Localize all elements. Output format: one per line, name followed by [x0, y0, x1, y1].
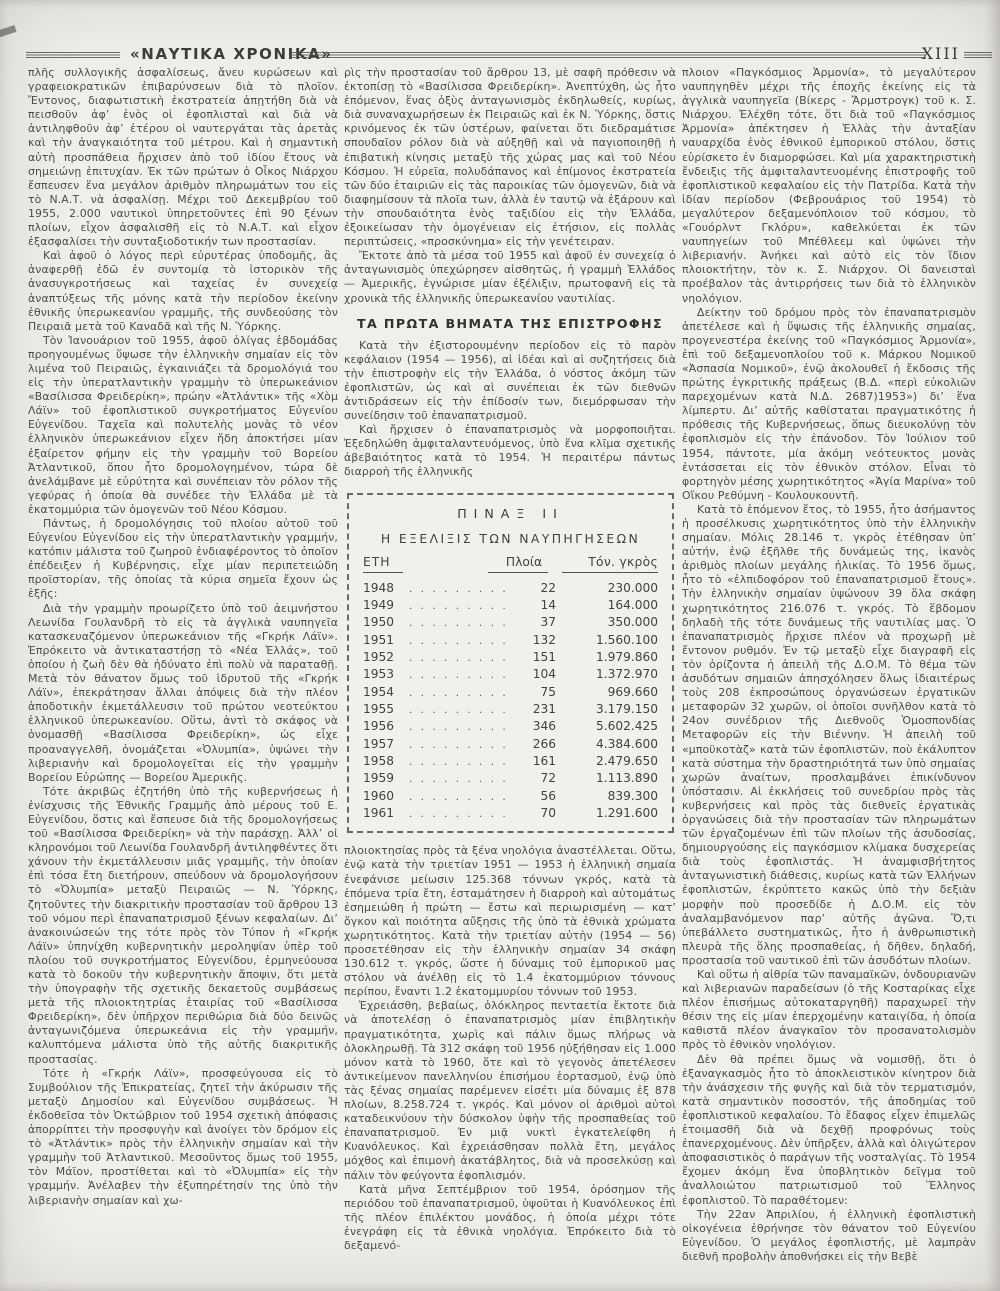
paragraph: πλῆς συλλογικῆς ἀσφαλίσεως, ἄνευ κυρώσεω…: [28, 66, 338, 249]
table-row: 1952 . . . . . . . . . 151 1.979.860: [363, 649, 658, 666]
cell-tons: 4.384.600: [556, 736, 658, 752]
column-header-tons: Τόν. γκρὸς: [556, 555, 658, 569]
page-header: «ΝΑΥΤΙΚΑ ΧΡΟΝΙΚΑ» XIII: [0, 44, 1000, 68]
cell-year: 1961: [363, 805, 405, 821]
paragraph: Πάντως, ἡ δρομολόγησις τοῦ πλοίου αὐτοῦ …: [28, 517, 338, 602]
table-rows: 1948 . . . . . . . . . 22 230.000 1949 .…: [363, 580, 658, 823]
cell-tons: 1.113.890: [556, 770, 658, 786]
cell-tons: 839.300: [556, 788, 658, 804]
column-middle: ρὶς τὴν προστασίαν τοῦ ἄρθρου 13, μὲ σαφ…: [344, 66, 676, 1280]
cell-tons: 350.000: [556, 614, 658, 630]
cell-year: 1958: [363, 753, 405, 769]
dot-leader: . . . . . . . . .: [405, 667, 510, 683]
cell-ships: 231: [510, 701, 556, 717]
dot-leader: . . . . . . . . .: [405, 806, 510, 822]
paragraph: Δείκτην τοῦ δρόμου πρὸς τὸν ἐπαναπατρισμ…: [682, 306, 976, 503]
paragraph: Καὶ ἤρχισεν ὁ ἐπαναπατρισμὸς νὰ μορφοποι…: [344, 423, 676, 479]
dot-leader: . . . . . . . . .: [405, 615, 510, 631]
paragraph: Κατὰ μῆνα Σεπτέμβριον τοῦ 1954, ὁρόσημον…: [344, 1183, 676, 1253]
dot-leader: . . . . . . . . .: [405, 598, 510, 614]
cell-ships: 161: [510, 753, 556, 769]
table-row: 1954 . . . . . . . . . 75 969.660: [363, 684, 658, 701]
cell-ships: 346: [510, 718, 556, 734]
cell-ships: 22: [510, 580, 556, 596]
magazine-page: «ΝΑΥΤΙΚΑ ΧΡΟΝΙΚΑ» XIII πλῆς συλλογικῆς ἀ…: [0, 0, 1000, 1291]
paragraph: πλοιον «Παγκόσμιος Ἁρμονία», τὸ μεγαλύτε…: [682, 66, 976, 306]
cell-year: 1950: [363, 614, 405, 630]
dot-leader: . . . . . . . . .: [405, 702, 510, 718]
cell-year: 1954: [363, 684, 405, 700]
table-row: 1948 . . . . . . . . . 22 230.000: [363, 580, 658, 597]
cell-year: 1957: [363, 736, 405, 752]
cell-tons: 5.602.425: [556, 718, 658, 734]
cell-tons: 3.179.150: [556, 701, 658, 717]
table-row: 1956 . . . . . . . . . 346 5.602.425: [363, 718, 658, 735]
paragraph: Τὴν 22αν Ἀπριλίου, ἡ ἑλληνικὴ ἐφοπλιστικ…: [682, 1208, 976, 1264]
cell-tons: 164.000: [556, 597, 658, 613]
paragraph: Διὰ τὴν γραμμὴν προωρίζετο ὑπὸ τοῦ ἀειμν…: [28, 602, 338, 785]
cell-ships: 70: [510, 805, 556, 821]
table-header-row: ΕΤΗ Πλοία Τόν. γκρὸς: [363, 555, 658, 569]
table-row: 1951 . . . . . . . . . 132 1.560.100: [363, 632, 658, 649]
cell-tons: 1.372.970: [556, 666, 658, 682]
shipbuilding-table: ΠΙΝΑΞ ΙΙ Η ΕΞΕΛΙΞΙΣ ΤΩΝ ΝΑΥΠΗΓΗΣΕΩΝ ΕΤΗ …: [347, 493, 674, 834]
paragraph: Καὶ οὕτω ἡ αἰθρία τῶν παναμαϊκῶν, ὀνδουρ…: [682, 968, 976, 1053]
cell-year: 1952: [363, 649, 405, 665]
cell-year: 1953: [363, 666, 405, 682]
paragraph: Τότε ἀκριβῶς ἐζητήθη ὑπὸ τῆς κυβερνήσεως…: [28, 785, 338, 1067]
table-header-underlines: [363, 572, 658, 573]
paragraph: πλοιοκτησίας πρὸς τὰ ξένα νηολόγια ἀναστ…: [344, 844, 676, 999]
cell-tons: 1.560.100: [556, 632, 658, 648]
cell-ships: 56: [510, 788, 556, 804]
header-rule-middle: [290, 52, 926, 58]
paragraph: Ἐχρειάσθη, βεβαίως, ὁλόκληρος πενταετία …: [344, 999, 676, 1182]
table-row: 1953 . . . . . . . . . 104 1.372.970: [363, 666, 658, 683]
cell-tons: 1.979.860: [556, 649, 658, 665]
cell-tons: 969.660: [556, 684, 658, 700]
table-row: 1955 . . . . . . . . . 231 3.179.150: [363, 701, 658, 718]
cell-year: 1949: [363, 597, 405, 613]
cell-tons: 2.479.650: [556, 753, 658, 769]
paragraph: Κατὰ τὸ ἑπόμενον ἔτος, τὸ 1955, ἦτο ἀσήμ…: [682, 503, 976, 968]
table-row: 1961 . . . . . . . . . 70 1.291.600: [363, 805, 658, 822]
dot-leader: . . . . . . . . .: [405, 771, 510, 787]
dot-leader: . . . . . . . . .: [405, 633, 510, 649]
cell-year: 1955: [363, 701, 405, 717]
column-left: πλῆς συλλογικῆς ἀσφαλίσεως, ἄνευ κυρώσεω…: [28, 66, 338, 1280]
cell-ships: 151: [510, 649, 556, 665]
dot-leader: . . . . . . . . .: [405, 789, 510, 805]
page-number: XIII: [922, 44, 960, 63]
paragraph: ρὶς τὴν προστασίαν τοῦ ἄρθρου 13, μὲ σαφ…: [344, 66, 676, 249]
middle-top-paragraphs: ρὶς τὴν προστασίαν τοῦ ἄρθρου 13, μὲ σαφ…: [344, 66, 676, 306]
table-row: 1950 . . . . . . . . . 37 350.000: [363, 614, 658, 631]
paragraph: Ἔκτοτε ἀπὸ τὰ μέσα τοῦ 1955 καὶ ἀφοῦ ἐν …: [344, 249, 676, 305]
section-heading: ΤΑ ΠΡΩΤΑ ΒΗΜΑΤΑ ΤΗΣ ΕΠΙΣΤΡΟΦΗΣ: [344, 316, 676, 331]
cell-tons: 1.291.600: [556, 805, 658, 821]
table-subtitle: Η ΕΞΕΛΙΞΙΣ ΤΩΝ ΝΑΥΠΗΓΗΣΕΩΝ: [363, 531, 658, 546]
table-row: 1949 . . . . . . . . . 14 164.000: [363, 597, 658, 614]
cell-ships: 37: [510, 614, 556, 630]
cell-ships: 72: [510, 770, 556, 786]
table-row: 1957 . . . . . . . . . 266 4.384.600: [363, 736, 658, 753]
middle-bottom-paragraphs: πλοιοκτησίας πρὸς τὰ ξένα νηολόγια ἀναστ…: [344, 844, 676, 1253]
cell-ships: 104: [510, 666, 556, 682]
cell-tons: 230.000: [556, 580, 658, 596]
cell-ships: 75: [510, 684, 556, 700]
paragraph: Κατὰ τὴν ἐξιστορουμένην περίοδον εἰς τὸ …: [344, 339, 676, 424]
cell-year: 1948: [363, 580, 405, 596]
middle-after-heading-paragraphs: Κατὰ τὴν ἐξιστορουμένην περίοδον εἰς τὸ …: [344, 339, 676, 480]
dot-leader: . . . . . . . . .: [405, 719, 510, 735]
cell-year: 1960: [363, 788, 405, 804]
cell-year: 1951: [363, 632, 405, 648]
dot-leader: . . . . . . . . .: [405, 581, 510, 597]
cell-ships: 14: [510, 597, 556, 613]
table-row: 1959 . . . . . . . . . 72 1.113.890: [363, 770, 658, 787]
paragraph: Τότε ἡ «Γκρήκ Λάϊν», προσφεύγουσα εἰς τὸ…: [28, 1067, 338, 1208]
header-rule-right: [964, 52, 992, 58]
cell-year: 1956: [363, 718, 405, 734]
scan-smudge: [0, 25, 17, 38]
article-body: πλῆς συλλογικῆς ἀσφαλίσεως, ἄνευ κυρώσεω…: [28, 66, 976, 1280]
dot-leader: . . . . . . . . .: [405, 650, 510, 666]
column-header-ships: Πλοία: [492, 555, 556, 569]
cell-year: 1959: [363, 770, 405, 786]
table-row: 1958 . . . . . . . . . 161 2.479.650: [363, 753, 658, 770]
cell-ships: 132: [510, 632, 556, 648]
cell-ships: 266: [510, 736, 556, 752]
column-right: πλοιον «Παγκόσμιος Ἁρμονία», τὸ μεγαλύτε…: [682, 66, 976, 1280]
paragraph: Δὲν θὰ πρέπει ὅμως νὰ νομισθῇ, ὅτι ὁ ἐξα…: [682, 1053, 976, 1208]
table-row: 1960 . . . . . . . . . 56 839.300: [363, 788, 658, 805]
paragraph: Καὶ ἀφοῦ ὁ λόγος περὶ εὐρυτέρας ὑποδομῆς…: [28, 249, 338, 334]
header-rule-left: [26, 52, 120, 58]
dot-leader: . . . . . . . . .: [405, 737, 510, 753]
dot-leader: . . . . . . . . .: [405, 685, 510, 701]
table-title: ΠΙΝΑΞ ΙΙ: [363, 506, 658, 521]
column-header-years: ΕΤΗ: [363, 555, 409, 569]
paragraph: Τὸν Ἰανουάριον τοῦ 1955, ἀφοῦ ὀλίγας ἑβδ…: [28, 334, 338, 517]
dot-leader: . . . . . . . . .: [405, 754, 510, 770]
